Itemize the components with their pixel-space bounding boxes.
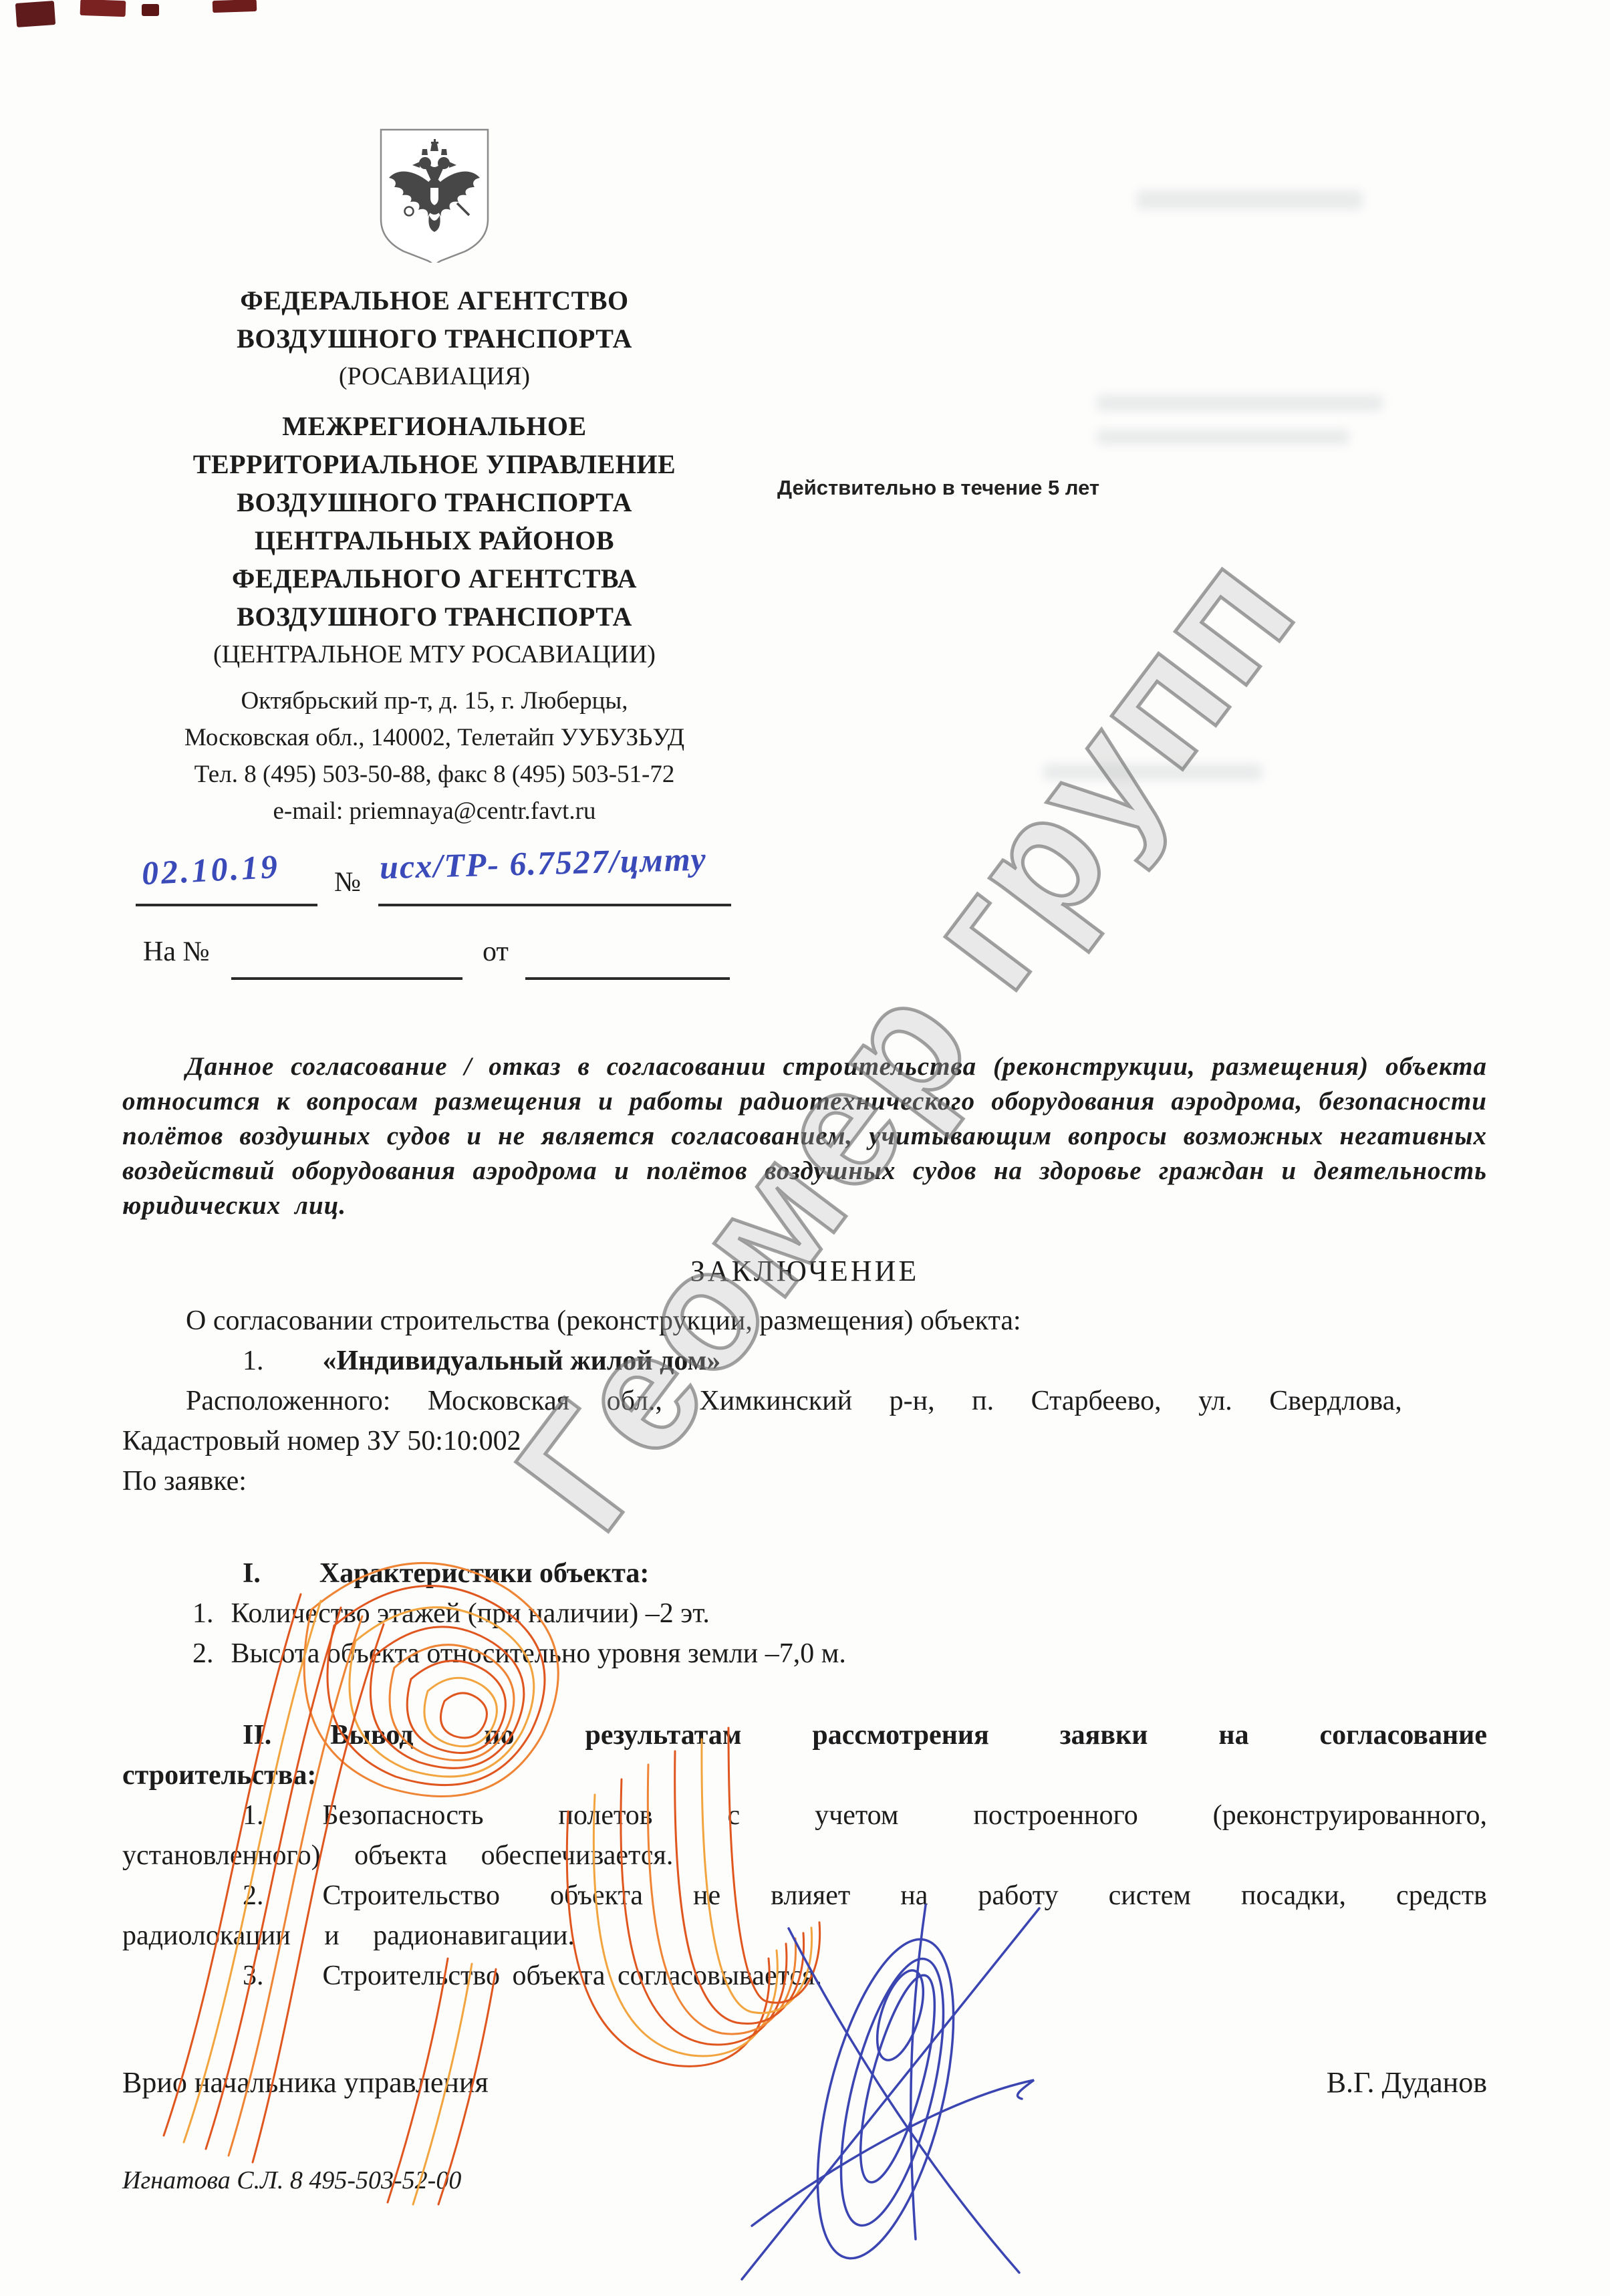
department-short-name: (ЦЕНТРАЛЬНОЕ МТУ РОСАВИАЦИИ) (114, 636, 755, 673)
object-location-line: Расположенного: Московская обл., Химкинс… (122, 1381, 1487, 1421)
department-name-line: ФЕДЕРАЛЬНОГО АГЕНТСТВА (114, 559, 755, 598)
letterhead: ФЕДЕРАЛЬНОЕ АГЕНТСТВО ВОЗДУШНОГО ТРАНСПО… (114, 126, 755, 830)
agency-name-line: ВОЗДУШНОГО ТРАНСПОРТА (114, 320, 755, 358)
agency-name-line: ФЕДЕРАЛЬНОЕ АГЕНТСТВО (114, 281, 755, 320)
validity-note: Действительно в течение 5 лет (777, 476, 1205, 500)
department-name-line: ЦЕНТРАЛЬНЫХ РАЙОНОВ (114, 521, 755, 559)
department-name-line: ТЕРРИТОРИАЛЬНОЕ УПРАВЛЕНИЕ (114, 445, 755, 483)
agency-short-name: (РОСАВИАЦИЯ) (114, 358, 755, 395)
object-number: 1. (243, 1346, 264, 1376)
document-page: ФЕДЕРАЛЬНОЕ АГЕНТСТВО ВОЗДУШНОГО ТРАНСПО… (0, 0, 1610, 2296)
coat-of-arms-icon (376, 126, 493, 263)
application-line: По заявке: (122, 1461, 1487, 1501)
cadastre-number-line: Кадастровый номер ЗУ 50:10:002 (122, 1421, 1487, 1461)
reply-number-blank (231, 977, 462, 980)
date-underline (136, 904, 317, 906)
reply-from-label: от (483, 936, 509, 968)
phone-fax-line: Тел. 8 (495) 503-50-88, факс 8 (495) 503… (114, 756, 755, 793)
department-name-line: ВОЗДУШНОГО ТРАНСПОРТА (114, 483, 755, 521)
signature-scribble (725, 1878, 1086, 2296)
signer-name: В.Г. Дуданов (1327, 2063, 1487, 2103)
reply-date-blank (525, 977, 730, 980)
handwritten-date: 02.10.19 (141, 847, 281, 893)
address-line: Московская обл., 140002, Телетайп УУБУЗЬ… (114, 719, 755, 756)
handwritten-outgoing-number: исх/ТР- 6.7527/цмту (379, 840, 707, 887)
email-line: e-mail: priemnaya@centr.favt.ru (114, 793, 755, 830)
scan-artifact (15, 1, 55, 27)
number-underline (378, 904, 731, 906)
reply-to-number-label: На № (143, 936, 210, 968)
scan-artifact (213, 0, 257, 13)
bleed-through-smudge (1096, 394, 1383, 412)
scan-artifact (142, 4, 159, 16)
bleed-through-smudge (1136, 190, 1363, 210)
scan-artifact (80, 0, 126, 17)
department-name-line: МЕЖРЕГИОНАЛЬНОЕ (114, 407, 755, 445)
number-sign: № (334, 866, 361, 898)
address-line: Октябрьский пр-т, д. 15, г. Люберцы, (114, 682, 755, 719)
department-name-line: ВОЗДУШНОГО ТРАНСПОРТА (114, 598, 755, 636)
